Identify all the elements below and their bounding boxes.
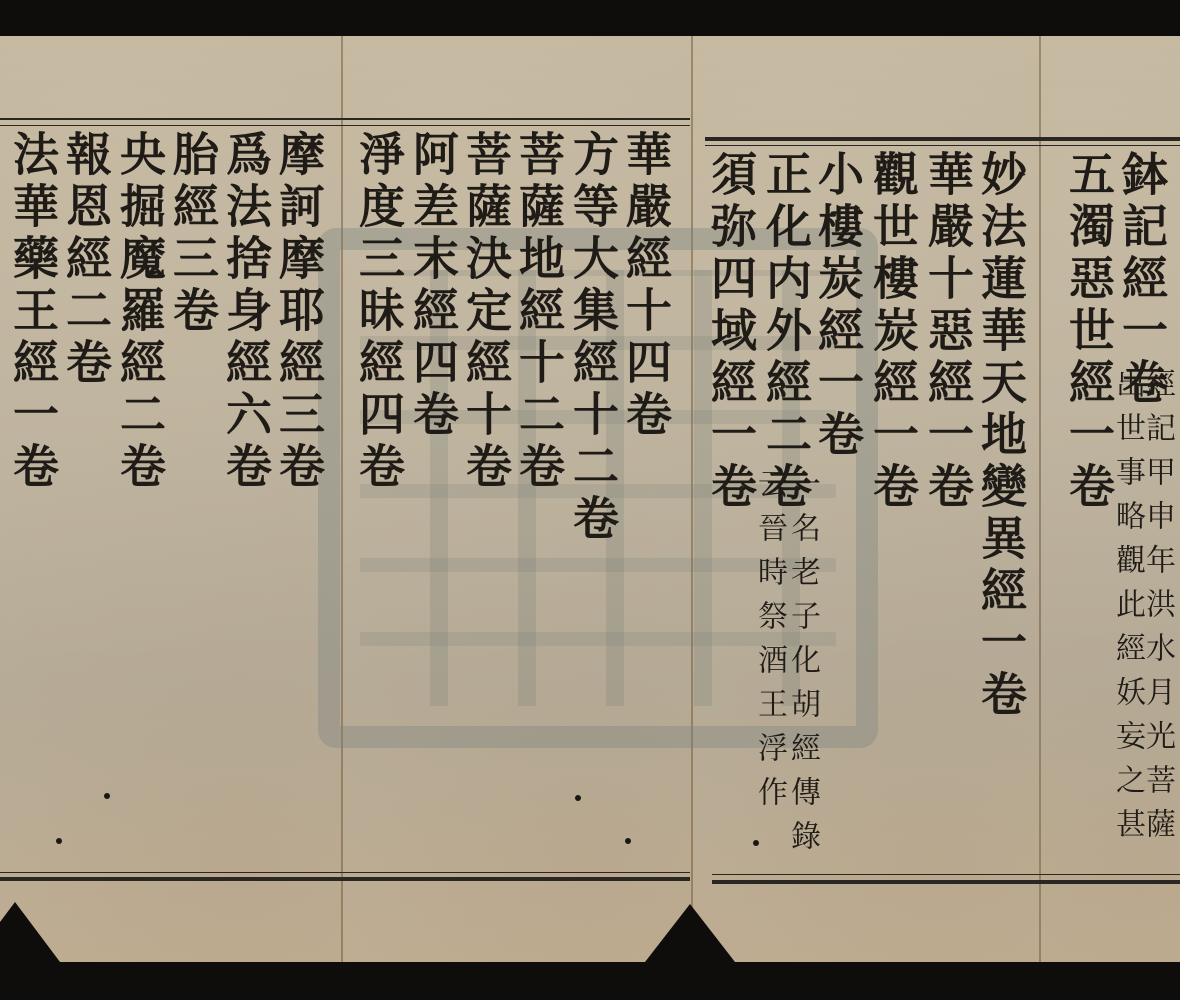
top-border-rule [0, 118, 690, 120]
text-column: 胎經三卷 [167, 130, 219, 338]
text-column: 報恩經二卷 [60, 130, 112, 390]
text-column: 阿差末經四卷 [407, 130, 459, 442]
text-column: 五濁惡世經一卷 [1063, 150, 1115, 514]
annotation-column: 一名老子化胡經傳錄 [785, 468, 819, 864]
text-column: 法華藥王經一卷 [7, 130, 59, 494]
text-column: 方等大集經十二卷 [567, 130, 619, 546]
text-column: 淨度三昧經四卷 [353, 130, 405, 494]
bottom-border-rule-inner [0, 872, 690, 873]
top-border-rule-inner [0, 125, 690, 126]
text-column: 須弥四域經一卷 [705, 150, 757, 514]
text-column: 摩訶摩耶經三卷 [273, 130, 325, 494]
text-column: 小樓炭經一卷 [812, 150, 864, 462]
text-column: 正化内外經二卷 [760, 150, 812, 514]
text-column: 華嚴經十四卷 [620, 130, 672, 442]
torn-edge [645, 904, 735, 962]
text-column: 央掘魔羅經二卷 [114, 130, 166, 494]
torn-edge [0, 902, 60, 962]
ink-dot [625, 838, 631, 844]
top-border-rule [705, 137, 1180, 141]
bottom-border-rule-inner [712, 874, 1180, 875]
annotation-column: 云晉時祭酒王浮作 [752, 468, 786, 820]
annotation-column: 出世事略觀此經妖妄之甚 [1110, 368, 1144, 852]
fold-line [1039, 36, 1041, 962]
ink-dot [104, 793, 110, 799]
text-column: 菩薩地經十二卷 [513, 130, 565, 494]
annotation-column: 經記甲申年洪水月光菩薩 [1140, 368, 1174, 852]
text-column: 妙法蓮華天地變異經一卷 [975, 150, 1027, 722]
ink-dot [575, 795, 581, 801]
text-column: 爲法捨身經六卷 [220, 130, 272, 494]
ink-dot [56, 838, 62, 844]
text-column: 菩薩決定經十卷 [460, 130, 512, 494]
bottom-border-rule [712, 880, 1180, 884]
text-column: 觀世樓炭經一卷 [867, 150, 919, 514]
scanned-book-spread: 鉢記經一卷 五濁惡世經一卷 經記甲申年洪水月光菩薩 出世事略觀此經妖妄之甚 妙法… [0, 0, 1180, 1000]
top-border-rule-inner [705, 145, 1180, 146]
bottom-border-rule [0, 877, 690, 881]
ink-dot [753, 840, 759, 846]
text-column: 華嚴十惡經一卷 [922, 150, 974, 514]
